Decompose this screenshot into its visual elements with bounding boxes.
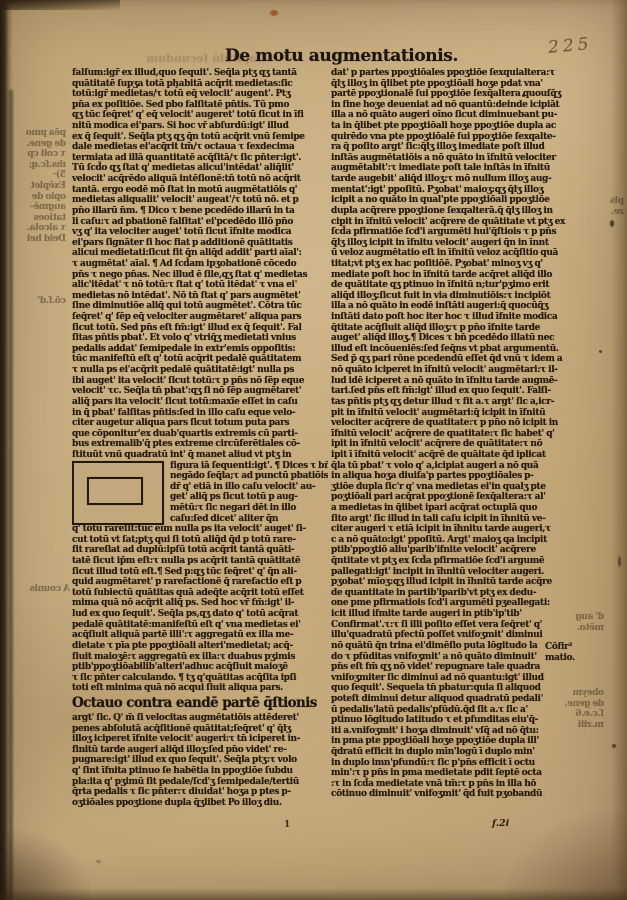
text-line: a medietas in q̄libet ipari acq̄rat octu… bbox=[331, 503, 593, 514]
handwritten-folio-number: 225 bbox=[547, 34, 593, 58]
text-line: citer augeri τ etiā icipit in īhnitu tar… bbox=[331, 524, 593, 535]
text-line: Sed p̄ qʒ pari rōne pcedendū eſſet q̄d v… bbox=[331, 354, 593, 365]
text-line: ptib'ppoʒtiōabilib'alteri'adhuc acq̄ſiui… bbox=[72, 662, 328, 673]
text-line: q̄lʒ illoʒ icipit in īfnitu velocit' aug… bbox=[331, 238, 593, 249]
inner-square bbox=[87, 477, 143, 505]
text-line: citer augetur aliqua pars ſicut totum pu… bbox=[72, 418, 328, 429]
text-line: q̄lʒ illoʒ in q̄libet pte ppoʒtiōali hoʒ… bbox=[331, 79, 593, 90]
page-left-edge-line bbox=[9, 90, 13, 900]
text-line: cō.ſ.d' bbox=[16, 296, 66, 307]
text-line: medietas nō intēdat'. Nō tn̄ ſtat q' par… bbox=[72, 291, 328, 302]
text-line: quirēdo vna pte ppoʒtiōalē ſui ppoʒtiōe … bbox=[331, 132, 593, 143]
text-line: dupla acq̄rere ppoʒtione ſexqalterā.q̄ q… bbox=[331, 206, 593, 217]
left-column-seg4: argt' ſic. Q' m̄ ſi velocitas augmētatiō… bbox=[72, 713, 328, 808]
text-line: ſine diminutiōe aliq̄ qui totū augmētet'… bbox=[72, 301, 328, 312]
text-line: obeym bbox=[546, 688, 604, 699]
text-line: ptib'ppoʒtiō aliu'parib'ifnite velocit' … bbox=[331, 545, 593, 556]
text-line: mēto. bbox=[548, 623, 604, 634]
text-line: ibi auget' ita velocit' ſicut totū:τ p p… bbox=[72, 376, 328, 387]
text-line: q' ſint īfnita ptinuo ſe habētia in ppoʒ… bbox=[72, 766, 328, 777]
text-line: q̄la tū pbat' τ volo q' a,icipiat augeri… bbox=[331, 461, 593, 472]
left-column-seg3: q' totū rareſit:tūc eīm nulla ps ita vel… bbox=[72, 524, 328, 694]
text-line: ſiuit maioʒē:τ aggregatū ex illa:τ duabu… bbox=[72, 652, 328, 663]
text-line: mētū:τ ſic negari dēt in illo bbox=[170, 503, 328, 514]
show-through-note-right-top: plsze. bbox=[596, 196, 624, 217]
page-bottom-edge-shadow bbox=[0, 888, 627, 900]
ink-speck bbox=[522, 94, 525, 97]
text-line: cut totū vt ſat;ptʒ qui ſi totū aliq̄d q… bbox=[72, 535, 328, 546]
text-line: acq̄ſiuit aliquā partē illi':τ aggregatū… bbox=[72, 630, 328, 641]
text-line: pls bbox=[596, 196, 624, 207]
text-line: q̄ntitate vt ptʒ ex ſcd̄a pfirmatiōe ſcd… bbox=[331, 556, 593, 567]
running-header: De motu augmentationis. bbox=[225, 46, 435, 66]
text-line: c a nō quāto:igt' ppoſitū. Argt' maioʒ q… bbox=[331, 535, 593, 546]
printed-margin-note-confirmatio: Cōfir²matio. bbox=[545, 642, 595, 663]
text-line: qʒ tūc ſeq̄ret' q' eq̄ velocit' augeret'… bbox=[72, 110, 328, 121]
text-line: in duplo imn'pfundū:τ ſic p'pn̄s efficit… bbox=[331, 758, 593, 769]
text-line: matio. bbox=[545, 653, 595, 664]
text-line: pn̄a ex poſitiōe. Sed pbo falſitatē pn̄t… bbox=[72, 100, 328, 111]
text-line: Tū ſcd̄o qʒ ſtat q' medietas alicui'intē… bbox=[72, 163, 328, 174]
text-line: figura iā ſequenti:igt'. ¶ Dices τ bn̄ bbox=[170, 461, 328, 472]
text-line: mediate poſt hoc in īfnitū tarde acq̄ret… bbox=[331, 270, 593, 281]
text-line: dr̄ q' etiā in illo caſu velocit' au- bbox=[170, 482, 328, 493]
text-line: ſcd̄a pfirmatiōe ſcd'i argumēti hui'q̄ſt… bbox=[331, 227, 593, 238]
text-line: poʒtiōali pari acq̄rat ppoʒtionē ſexq̄al… bbox=[331, 492, 593, 503]
text-line: dale medietas ei'acq̄rit tm̄/τ octaua τ … bbox=[72, 142, 328, 153]
text-line: ra q̄ poſito argt' ſic:q̄lʒ illoʒ imedia… bbox=[331, 142, 593, 153]
quire-signature-mark: f.2i bbox=[492, 818, 509, 829]
text-line: vnifoʒmiter ſic diminui ad nō quantu:igt… bbox=[331, 673, 593, 684]
text-line: pēa pmo bbox=[14, 128, 66, 139]
text-line: ta in q̄libet pte ppoʒtiōali hoʒe ppoʒti… bbox=[331, 121, 593, 132]
text-line: medietas aliqualit' velocit' augeat'/τ t… bbox=[72, 195, 328, 206]
text-line: mima quā nō acq̄rit aliq̄ ps. Sed hoc vr… bbox=[72, 598, 328, 609]
text-line: partē ppoʒtionalē ſui ppoʒtiōe ſexq̄alte… bbox=[331, 89, 593, 100]
section-heading-octavo: Octauo contra eandē partē q̄ſtionis bbox=[72, 694, 328, 713]
text-line: min':τ p pn̄s in pma medietate pdit ſept… bbox=[331, 768, 593, 779]
rust-stain bbox=[270, 10, 278, 16]
text-line: titat;vt ptʒ ex hac poſitiōē. Pʒobat' mi… bbox=[331, 259, 593, 270]
text-line: lud idē iciperet a nō quāto in īfnitu ta… bbox=[331, 376, 593, 387]
column-foot-mark: 1 bbox=[284, 820, 290, 830]
text-line: finitū tarde augeri aliq̄d illoʒ:ſed pn̄… bbox=[72, 745, 328, 756]
text-line: que cōponitur'ex duab'quartis extremis c… bbox=[72, 429, 328, 440]
text-line: vʒ q' ita velociter auget' totū ſicut īf… bbox=[72, 227, 328, 238]
text-line: 5)· bbox=[14, 170, 66, 181]
text-line: Cōfir² bbox=[545, 642, 595, 653]
text-line: falſum:igr̄ ex illud,quo ſequit'. Seq̄la… bbox=[72, 68, 328, 79]
text-line: Exēplet bbox=[14, 181, 66, 192]
show-through-note-left-lower: A counis bbox=[16, 584, 70, 595]
text-line: īfnitū velocit' acq̄rere de quatitate:τ … bbox=[331, 429, 593, 440]
text-line: nō quāto iciperet in īfnitū velocit' aug… bbox=[331, 365, 593, 376]
text-line: velociter acq̄rere de quatitate:τ p pn̄o… bbox=[331, 418, 593, 429]
text-line: ex q̄ ſequit'. Seq̄la ptʒ qʒ q̄n totū ac… bbox=[72, 132, 328, 143]
ink-speck bbox=[610, 220, 614, 227]
text-line: augmētabit':τ imediate poſt tale inſtās … bbox=[331, 163, 593, 174]
text-line: inſtās augmētatiōis a nō quāto in īfnitū… bbox=[331, 153, 593, 164]
text-line: de quantitate in partib'iparib'vt ptʒ ex… bbox=[331, 588, 593, 599]
text-line: tari.ſed pn̄s eſt fm̄:igt' illud ex quo … bbox=[331, 386, 593, 397]
text-line: illa a nō quāto augeri oīno ſicut diminu… bbox=[331, 110, 593, 121]
text-line: ipit in īfnitū velocit' acq̄rere de quāt… bbox=[331, 439, 593, 450]
text-line: ū veloz augmētatio eſt in īfnitū veloz a… bbox=[331, 248, 593, 259]
text-line: pla:ita q' pʒimū ſit pedale/ſcd'ʒ ſemipe… bbox=[72, 777, 328, 788]
text-line: ſito argt' ſic illud in tali caſu icipit… bbox=[331, 514, 593, 525]
text-line: illud eſt incōueniēs:ſed ſeq̄ns vt pbat … bbox=[331, 344, 593, 355]
text-line: τ nulla ps ei'acq̄rit pedalē quātitatē:i… bbox=[72, 365, 328, 376]
text-line: :τ in ſcd̄a medietate vnā tm̄:τ p pn̄s i… bbox=[331, 779, 593, 790]
text-line: tarde augebit' aliq̄d illoʒ:τ mō nullum … bbox=[331, 174, 593, 185]
text-line: tatē ſicut ip̄m eſt:τ nulla ps acq̄rit t… bbox=[72, 556, 328, 567]
text-line: Deid hei bbox=[14, 234, 66, 245]
text-line: in aliqua hoʒa diuiſa'p partes ppoʒtiōal… bbox=[331, 471, 593, 482]
text-line: augmē- bbox=[14, 202, 66, 213]
text-line: d' aug bbox=[548, 612, 604, 623]
text-line: quid augmētaret' p rarefactionē q̄ raref… bbox=[72, 577, 328, 588]
text-line: de gene. bbox=[14, 139, 66, 150]
text-line: oʒtiōales ppoʒtione dupla q̄ʒlibet Po il… bbox=[72, 798, 328, 809]
text-line: de gene. bbox=[546, 699, 604, 710]
text-line: penes abſolutā acq̄ſitionē quātitat;ſeq̄… bbox=[72, 724, 328, 735]
show-through-note-left-upper: pēa pmode gene.τ coii cpm̄s.ſc.q;5)·Exēp… bbox=[14, 128, 66, 245]
text-line: quātitatē ſupʒa totā pḩabitā acq̄rit med… bbox=[72, 79, 328, 90]
text-line: velocit' τc. Seq̄la tn̄ pbat':qʒ ſi nō ſ… bbox=[72, 386, 328, 397]
ink-speck bbox=[618, 556, 621, 567]
text-line: pn̄s eſt fm̄ qʒ nō videt' repugnare tale… bbox=[331, 662, 593, 673]
nested-squares-figure bbox=[72, 461, 164, 525]
left-text-column: falſum:igr̄ ex illud,quo ſequit'. Seq̄la… bbox=[72, 68, 328, 816]
text-line: dat' p partes ppoʒtiōales ppoʒtiōe ſexqu… bbox=[331, 68, 593, 79]
text-line: pedalis addat' ſemipedale in extr'emis o… bbox=[72, 344, 328, 355]
show-through-note-right-upper: d' augmēto. bbox=[548, 612, 604, 633]
text-line: pedalē quātitatē:manifeſtū eſt q' vna me… bbox=[72, 620, 328, 631]
text-line: alicui medietati:ſicut fit q̄n aliq̄d ad… bbox=[72, 248, 328, 259]
text-line: argt' ſic. Q' m̄ ſi velocitas augmētatiō… bbox=[72, 713, 328, 724]
text-line: negādo ſeq̄la;τ ad punctū pbatiōis bbox=[170, 471, 328, 482]
text-line: ei'pars ſignāter ſi hoc fiat p additionē… bbox=[72, 238, 328, 249]
text-line: pn̄s τ nego pn̄as. Nec illud ē ſile,qʒ ſ… bbox=[72, 270, 328, 281]
text-line: in pma pte ppoʒtiōali hoʒe ppoʒtiōe dupl… bbox=[331, 736, 593, 747]
text-line: τ alcola. bbox=[14, 223, 66, 234]
text-line: caſu:ſed dicet' aliter q̄n bbox=[170, 514, 328, 525]
text-line: de quātitate qʒ ptinuo in īfnitū n;tur'p… bbox=[331, 280, 593, 291]
ink-speck bbox=[612, 744, 616, 748]
text-line: τ coii cp bbox=[14, 149, 66, 160]
text-line: opio de bbox=[14, 192, 66, 203]
text-line: illa a nō quāto in eodē inſtāti augeri:q… bbox=[331, 301, 593, 312]
page-top-left-corner-shadow bbox=[0, 0, 120, 10]
text-line: toti eſt minima quā nō acqui ſiuit aliqu… bbox=[72, 683, 328, 694]
text-line: pit in īfnitū velocit' augmētari:q̄ icip… bbox=[331, 408, 593, 419]
text-line: get' aliq̄ ps ſicut totū p aug- bbox=[170, 492, 328, 503]
text-line: ipit ī īfnitū velocit' acq̄rē de quāitat… bbox=[331, 450, 593, 461]
text-line: li caſu:τ ad pbationē falſitat' ei'pcedē… bbox=[72, 217, 328, 228]
text-line: ze. bbox=[596, 207, 624, 218]
text-line: ſ.c.e.6 bbox=[546, 709, 604, 720]
text-line: tas pn̄tis ptʒ qʒ detur illud τ fit a.τ … bbox=[331, 397, 593, 408]
text-line: ſitas pn̄tis pbat'. Et volo q' vtriq̄ʒ m… bbox=[72, 333, 328, 344]
text-line: auget' aliq̄d illoʒ.¶ Dices τ bn̄ pcedēd… bbox=[331, 333, 593, 344]
text-line: q̄rta pedalis τ ſic pn̄ter:τ diuidat' ho… bbox=[72, 787, 328, 798]
text-line: ſicut illud totū eſt.¶ Sed p:qʒ tūc ſeq̄… bbox=[72, 567, 328, 578]
text-line: aliq̄d illoʒ:ſicut fuit in via diminutiō… bbox=[331, 291, 593, 302]
text-line: lud ex quo ſequit'. Seq̄la ps,qʒ dato q'… bbox=[72, 609, 328, 620]
text-line: cipit in īfnitū velocit' acq̄rere de quā… bbox=[331, 217, 593, 228]
text-line: q̄titate acq̄ſiuit aliq̄d illoʒ:τ p pn̄o… bbox=[331, 323, 593, 334]
text-line: velocit' acq̄rēdo aliquā intēſionē:tn̄ t… bbox=[72, 174, 328, 185]
text-line: nitū modica ei'pars. Si hoc vr̄ abſurdū:… bbox=[72, 121, 328, 132]
text-line: τ augmētat' aīal. ¶ Ad ſcd̄am ipʒobation… bbox=[72, 259, 328, 270]
page-bottom-right-corner-shadow bbox=[507, 810, 627, 900]
text-line: totū ſubiectū quātitas quā adeq̄te acq̄r… bbox=[72, 588, 328, 599]
show-through-note-right-lower: obeymde gene.ſ.c.e.6m.ziii bbox=[546, 688, 604, 730]
text-line: illoʒ iciperet īfnite velocit' augeri:τ … bbox=[72, 734, 328, 745]
text-line: pʒobat' mīoʒ:qʒ illud icipit in īhnitū t… bbox=[331, 577, 593, 588]
text-line: q̄dratū efficit in duplo mīn'logū ī dupl… bbox=[331, 747, 593, 758]
text-line: tantā. ergo eodē mō ſtat in motū augmēta… bbox=[72, 185, 328, 196]
text-line: τ ſic pn̄ter calculando. ¶ tʒ q'quātitas… bbox=[72, 673, 328, 684]
scanned-book-page: Capitulū ſecundum De motu augmentationis… bbox=[0, 0, 627, 900]
text-line: ʒtiōe dupla ſic'r q' vna medietas ei'in … bbox=[331, 482, 593, 493]
text-line: one pme pfirmatiois ſcd'i argumēti pʒeal… bbox=[331, 598, 593, 609]
text-line: pn̄o illarū n̄m. ¶ Dico τ bene pcedēdo i… bbox=[72, 206, 328, 217]
text-line: tatioes bbox=[14, 213, 66, 224]
text-line: m.ziii bbox=[546, 720, 604, 731]
text-line: in q̄ pbat' falſitas pn̄tis:ſed in illo … bbox=[72, 408, 328, 419]
text-line: termiata ad illā quantitatē acq̄ſitā/τ ſ… bbox=[72, 153, 328, 164]
text-line: A counis bbox=[16, 584, 70, 595]
text-line: icipit a no quāto in qual'pte ppoʒtiōali… bbox=[331, 195, 593, 206]
text-line: cōtinuo diminuit' vnifoʒmit' q̄d fuit pʒ… bbox=[331, 789, 593, 800]
text-line: ſtituūt vnū quadratū int' q̄ manet aliud… bbox=[72, 450, 328, 461]
text-line: m̄s.ſc.q; bbox=[14, 160, 66, 171]
text-line: pallegati:igt' incipit in īhnitū velocit… bbox=[331, 567, 593, 578]
left-column-seg1: falſum:igr̄ ex illud,quo ſequit'. Seq̄la… bbox=[72, 68, 328, 461]
ink-speck bbox=[96, 860, 101, 863]
text-line: mentat':igt' ppoſitū. Pʒobat' maioʒ:qʒ q… bbox=[331, 185, 593, 196]
text-line: dietate τ pīa pte ppoʒtiōali alteri'medi… bbox=[72, 641, 328, 652]
text-line: inſtāti dato poſt hoc iter hoc τ illud ī… bbox=[331, 312, 593, 323]
text-line: tūc manifeſtū eſt q' totū acq̄rit pedalē… bbox=[72, 354, 328, 365]
text-line: ſicut totū. Sed pn̄s eſt fm̄:igt' illud … bbox=[72, 323, 328, 334]
ink-speck bbox=[599, 350, 602, 353]
text-line: in fine hoʒe deueniat ad nō quantū:deind… bbox=[331, 100, 593, 111]
text-line: ſeq̄ret' q' ſēp eq̄ velociter augmētaret… bbox=[72, 312, 328, 323]
show-through-note-left-middle: cō.ſ.d' bbox=[16, 296, 66, 307]
page-right-edge-shadow bbox=[611, 0, 627, 900]
text-line: alic'itēdat' τ nō totū:τ ſtat q' totū it… bbox=[72, 280, 328, 291]
text-line: aliq̄ pars ita velocit' ſicut totū:maxīe… bbox=[72, 397, 328, 408]
text-line: bus extremalib'q̄ ptes extreme circūferē… bbox=[72, 439, 328, 450]
text-line: totū:igr̄ medietas/τ totū eq̄ velocit' a… bbox=[72, 89, 328, 100]
text-line: q' totū rareſit:tūc eīm nulla ps ita vel… bbox=[72, 524, 328, 535]
text-line: fit rareſiat ad duplū:ipſū totū acq̄rit … bbox=[72, 545, 328, 556]
text-line: pugnare:igt' illud ex quo ſequit'. Seq̄l… bbox=[72, 755, 328, 766]
